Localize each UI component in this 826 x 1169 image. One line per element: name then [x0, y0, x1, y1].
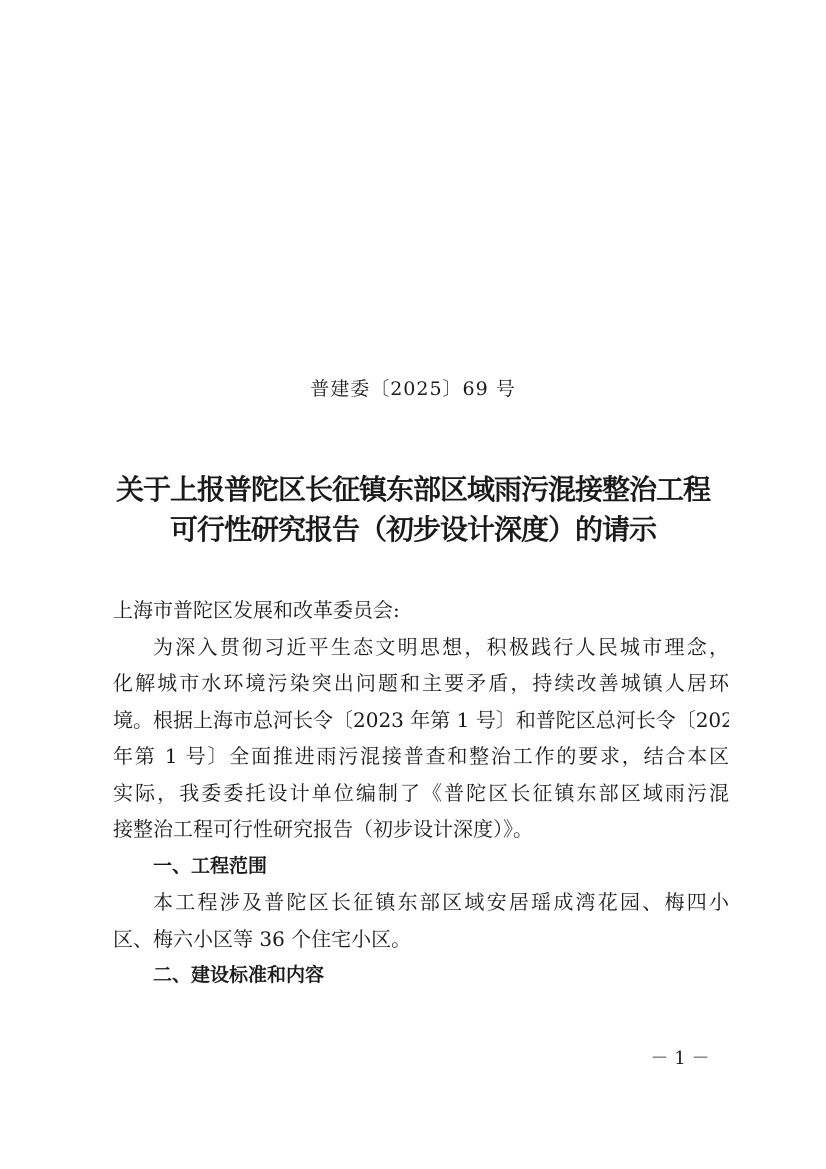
section-heading-scope: 一、工程范围 — [113, 848, 729, 885]
body-line: 区、梅六小区等 36 个住宅小区。 — [113, 921, 729, 958]
body-line: 境。根据上海市总河长令〔2023 年第 1 号〕和普陀区总河长令〔2024 — [113, 702, 729, 739]
page-number: － 1 － — [650, 1044, 710, 1070]
body-line: 接整治工程可行性研究报告（初步设计深度）》。 — [113, 811, 729, 848]
section-heading-standards: 二、建设标准和内容 — [113, 957, 729, 994]
body-line: 实际，我委委托设计单位编制了《普陀区长征镇东部区域雨污混 — [113, 775, 729, 812]
document-body: 上海市普陀区发展和改革委员会: 为深入贯彻习近平生态文明思想，积极践行人民城市理… — [113, 592, 729, 994]
addressee: 上海市普陀区发展和改革委员会: — [113, 592, 729, 629]
document-number: 普建委〔2025〕69 号 — [0, 374, 826, 401]
body-line: 为深入贯彻习近平生态文明思想，积极践行人民城市理念， — [113, 629, 729, 666]
document-title: 关于上报普陀区长征镇东部区域雨污混接整治工程 可行性研究报告（初步设计深度）的请… — [80, 470, 746, 550]
title-line: 关于上报普陀区长征镇东部区域雨污混接整治工程 — [80, 470, 746, 510]
body-line: 化解城市水环境污染突出问题和主要矛盾，持续改善城镇人居环 — [113, 665, 729, 702]
body-line: 年第 1 号〕全面推进雨污混接普查和整治工作的要求，结合本区 — [113, 738, 729, 775]
body-line: 本工程涉及普陀区长征镇东部区域安居瑶成湾花园、梅四小 — [113, 884, 729, 921]
title-line: 可行性研究报告（初步设计深度）的请示 — [80, 510, 746, 550]
